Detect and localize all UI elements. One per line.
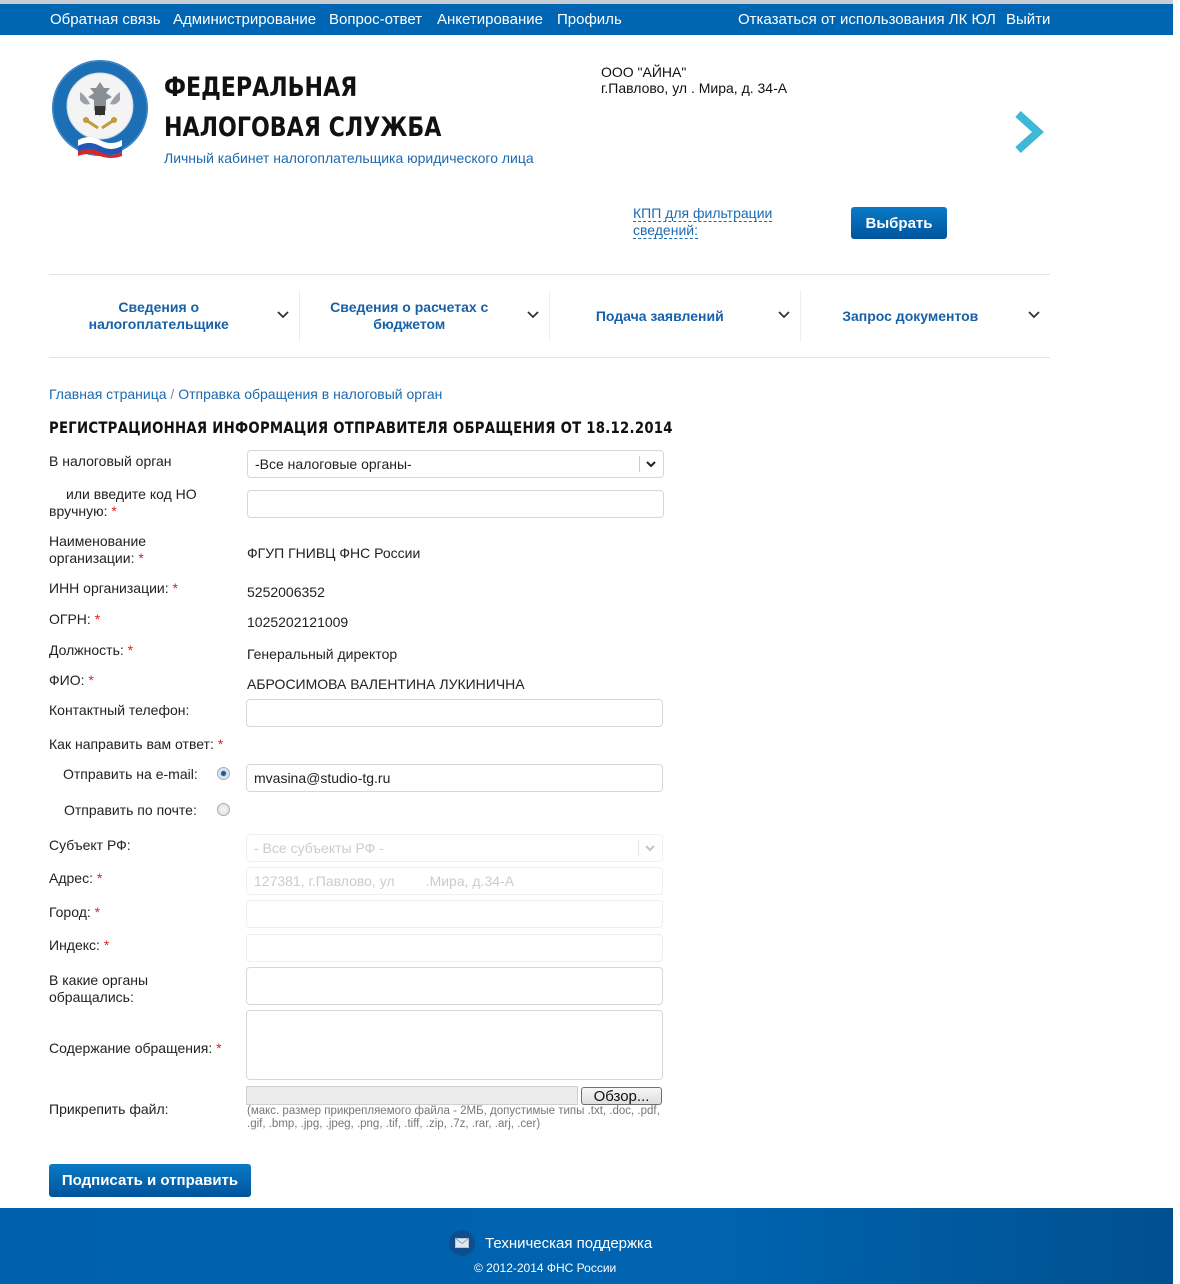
mail-icon <box>449 1230 475 1256</box>
email-input[interactable] <box>246 764 663 792</box>
required-mark: * <box>97 870 102 886</box>
page-title: РЕГИСТРАЦИОННАЯ ИНФОРМАЦИЯ ОТПРАВИТЕЛЯ О… <box>49 418 673 437</box>
content-label-text: Содержание обращения: <box>49 1040 212 1056</box>
by-email-label: Отправить на e-mail: <box>63 766 198 783</box>
file-hint: (макс. размер прикрепляемого файла - 2МБ… <box>247 1105 667 1131</box>
position-label-text: Должность: <box>49 642 124 658</box>
phone-label: Контактный телефон: <box>49 702 189 719</box>
tax-office-label: В налоговый орган <box>49 453 172 470</box>
reply-method-label: Как направить вам ответ: * <box>49 736 223 753</box>
nav-opt-out[interactable]: Отказаться от использования ЛК ЮЛ <box>738 11 996 28</box>
address-label: Адрес: * <box>49 870 102 887</box>
divider <box>49 357 1050 358</box>
tax-code-input[interactable] <box>247 490 664 518</box>
chevron-down-icon <box>527 310 539 320</box>
tax-code-label: или введите код НО вручную: * <box>49 486 197 520</box>
position-value: Генеральный директор <box>247 646 397 662</box>
required-mark: * <box>88 672 93 688</box>
divider <box>49 274 1050 275</box>
address-label-text: Адрес: <box>49 870 93 886</box>
index-input[interactable] <box>246 934 663 962</box>
nav-logout[interactable]: Выйти <box>1006 11 1050 28</box>
city-label: Город: * <box>49 904 100 921</box>
prior-bodies-label: В какие органы обращались: <box>49 972 148 1006</box>
breadcrumb-current[interactable]: Отправка обращения в налоговый орган <box>178 386 442 402</box>
attach-label: Прикрепить файл: <box>49 1101 169 1118</box>
ogrn-label: ОГРН: * <box>49 611 100 628</box>
phone-input[interactable] <box>246 699 663 727</box>
menu-applications[interactable]: Подача заявлений <box>550 290 801 342</box>
footer: Техническая поддержка © 2012-2014 ФНС Ро… <box>0 1208 1173 1284</box>
kpp-filter-link[interactable]: КПП для фильтрации сведений: <box>633 205 772 239</box>
menu-label: Запрос документов <box>815 308 1005 325</box>
organization-address: г.Павлово, ул . Мира, д. 34-А <box>601 80 787 96</box>
menu-budget-settlements[interactable]: Сведения о расчетах с бюджетом <box>300 290 551 342</box>
kpp-label-line2: сведений: <box>633 222 698 239</box>
brand-title-line1: ФЕДЕРАЛЬНАЯ <box>164 68 441 108</box>
chevron-down-icon <box>1028 310 1040 320</box>
organization-name: ООО "АЙНА" <box>601 64 787 80</box>
breadcrumb-home[interactable]: Главная страница <box>49 386 167 402</box>
required-mark: * <box>128 642 133 658</box>
brand-subtitle: Личный кабинет налогоплательщика юридиче… <box>164 150 534 166</box>
top-navigation-bar: Обратная связь Администрирование Вопрос-… <box>0 4 1173 35</box>
brand-title-line2: НАЛОГОВАЯ СЛУЖБА <box>164 108 441 148</box>
select-divider <box>638 840 639 856</box>
fio-label: ФИО: * <box>49 672 94 689</box>
chevron-right-icon[interactable] <box>1012 110 1046 154</box>
reply-method-label-text: Как направить вам ответ: <box>49 736 214 752</box>
ogrn-label-text: ОГРН: <box>49 611 91 627</box>
copyright: © 2012-2014 ФНС России <box>474 1261 616 1275</box>
breadcrumb: Главная страница / Отправка обращения в … <box>49 386 442 402</box>
chevron-down-icon <box>646 460 656 468</box>
required-mark: * <box>216 1040 221 1056</box>
select-divider <box>639 456 640 472</box>
region-label: Субъект РФ: <box>49 837 131 854</box>
city-input[interactable] <box>246 900 663 928</box>
ogrn-value: 1025202121009 <box>247 614 348 630</box>
organization-info: ООО "АЙНА" г.Павлово, ул . Мира, д. 34-А <box>601 64 787 96</box>
nav-faq[interactable]: Вопрос-ответ <box>329 11 422 28</box>
main-menu: Сведения о налогоплательщике Сведения о … <box>49 290 1050 342</box>
inn-label-text: ИНН организации: <box>49 580 169 596</box>
index-label: Индекс: * <box>49 937 109 954</box>
tax-office-select[interactable]: -Все налоговые органы- <box>247 450 664 478</box>
position-label: Должность: * <box>49 642 133 659</box>
brand-title: ФЕДЕРАЛЬНАЯ НАЛОГОВАЯ СЛУЖБА <box>164 68 441 148</box>
prior-bodies-label-line1: В какие органы <box>49 972 148 988</box>
region-select[interactable]: - Все субъекты РФ - <box>246 834 663 862</box>
tech-support-link[interactable]: Техническая поддержка <box>449 1230 652 1256</box>
required-mark: * <box>95 611 100 627</box>
fio-label-text: ФИО: <box>49 672 85 688</box>
required-mark: * <box>95 904 100 920</box>
content-label: Содержание обращения: * <box>49 1040 222 1057</box>
menu-label: Сведения о расчетах с бюджетом <box>314 299 504 333</box>
nav-administration[interactable]: Администрирование <box>173 11 316 28</box>
tech-support-label: Техническая поддержка <box>485 1235 652 1252</box>
org-name-label-line2: организации: <box>49 550 134 566</box>
fio-value: АБРОСИМОВА ВАЛЕНТИНА ЛУКИНИЧНА <box>247 676 525 692</box>
sign-and-send-button[interactable]: Подписать и отправить <box>49 1164 251 1197</box>
inn-value: 5252006352 <box>247 584 325 600</box>
required-mark: * <box>111 503 116 519</box>
nav-profile[interactable]: Профиль <box>557 11 622 28</box>
chevron-down-icon <box>778 310 790 320</box>
menu-taxpayer-info[interactable]: Сведения о налогоплательщике <box>49 290 300 342</box>
nav-feedback[interactable]: Обратная связь <box>50 11 161 28</box>
nav-survey[interactable]: Анкетирование <box>437 11 543 28</box>
required-mark: * <box>104 937 109 953</box>
menu-document-request[interactable]: Запрос документов <box>801 290 1051 342</box>
tax-code-label-line1: или введите код НО <box>49 486 197 502</box>
required-mark: * <box>218 736 223 752</box>
file-path-field[interactable] <box>246 1086 578 1105</box>
region-value: - Все субъекты РФ - <box>254 840 638 856</box>
org-name-value: ФГУП ГНИВЦ ФНС России <box>247 545 420 561</box>
required-mark: * <box>173 580 178 596</box>
breadcrumb-separator: / <box>170 386 174 402</box>
browse-button[interactable]: Обзор... <box>581 1087 662 1105</box>
content-textarea[interactable] <box>246 1010 663 1080</box>
choose-button[interactable]: Выбрать <box>851 207 947 239</box>
menu-label: Сведения о налогоплательщике <box>64 299 254 333</box>
by-post-radio[interactable] <box>217 803 230 816</box>
inn-label: ИНН организации: * <box>49 580 178 597</box>
required-mark: * <box>138 550 143 566</box>
city-label-text: Город: <box>49 904 91 920</box>
chevron-down-icon <box>277 310 289 320</box>
by-email-radio[interactable] <box>217 767 230 780</box>
by-post-label: Отправить по почте: <box>64 802 197 819</box>
index-label-text: Индекс: <box>49 937 100 953</box>
menu-label: Подача заявлений <box>565 308 755 325</box>
tax-code-label-line2: вручную: <box>49 503 107 519</box>
org-name-label-line1: Наименование <box>49 533 146 549</box>
tax-office-value: -Все налоговые органы- <box>255 456 639 472</box>
fns-emblem-icon <box>50 58 150 158</box>
chevron-down-icon <box>645 844 655 852</box>
address-input[interactable] <box>246 867 663 895</box>
org-name-label: Наименование организации: * <box>49 533 146 567</box>
prior-bodies-label-line2: обращались: <box>49 989 134 1005</box>
kpp-label-line1: КПП для фильтрации <box>633 205 772 222</box>
prior-bodies-textarea[interactable] <box>246 967 663 1005</box>
